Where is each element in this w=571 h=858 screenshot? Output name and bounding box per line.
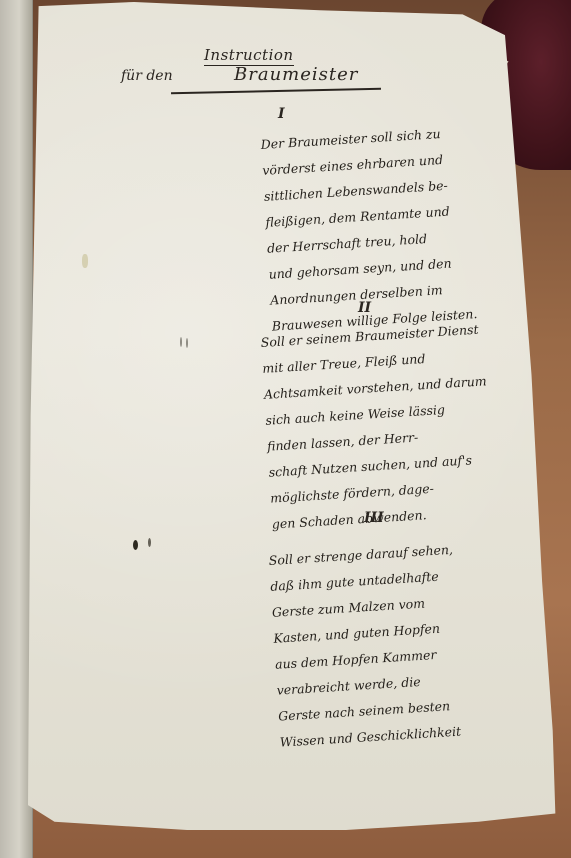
book-binding-edge	[0, 0, 33, 858]
manuscript-page	[28, 2, 558, 830]
photo-scene: Instruction für den Braumeister I Der Br…	[0, 0, 571, 858]
